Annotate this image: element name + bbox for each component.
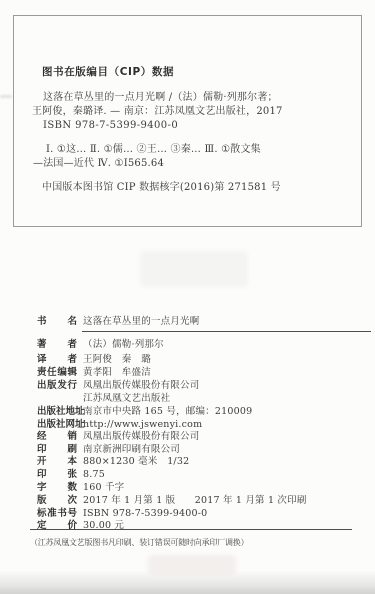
cip-description-line-2: 王阿俊，秦璐译. — 南京：江苏凤凰文艺出版社，2017	[32, 107, 283, 117]
colophon-row-value: 160 千字	[83, 483, 124, 494]
colophon-row-label: 出版社网址	[37, 420, 77, 431]
colophon-row: 字数160 千字	[37, 483, 124, 494]
colophon-row-value: 30.00 元	[83, 521, 124, 532]
colophon-row-value: 黄孝阳 牟盛洁	[83, 368, 151, 379]
colophon-row: 定价30.00 元	[37, 521, 124, 532]
colophon-row-label: 责任编辑	[37, 368, 77, 379]
colophon-row: 经销凤凰出版传媒股份有限公司	[37, 432, 199, 443]
colophon-row-value: 南京市中央路 165 号，邮编：210009	[83, 407, 252, 418]
colophon-row-value: （法）儒勒·列那尔	[83, 340, 164, 351]
colophon-row-value-continuation: 江苏凤凰文艺出版社	[83, 394, 170, 405]
cip-classification-line-2: —法国—近代 Ⅳ. ①I565.64	[33, 159, 164, 169]
colophon-row-value: 2017 年 1 月第 1 版 2017 年 1 月第 1 次印刷	[83, 496, 307, 507]
colophon-row-value: http://www.jswenyi.com	[83, 420, 202, 431]
colophon-row-label: 字数	[37, 483, 77, 494]
colophon-row-label: 开本	[37, 457, 77, 468]
colophon-row-label: 著者	[37, 340, 77, 351]
colophon-row: 译者王阿俊 秦 璐	[37, 355, 151, 366]
book-copyright-page: 图书在版编目（CIP）数据 这落在草丛里的一点月光啊 /（法）儒勒·列那尔著； …	[0, 0, 375, 594]
colophon-row-value: ISBN 978-7-5399-9400-0	[83, 509, 207, 520]
colophon-row-label: 印刷	[37, 445, 77, 456]
colophon-row: 标准书号ISBN 978-7-5399-9400-0	[37, 509, 207, 520]
cip-classification-line-1: Ⅰ. ①这… Ⅱ. ①儒… ②王… ③秦… Ⅲ. ①散文集	[46, 145, 261, 155]
colophon-row: 印张8.75	[37, 470, 105, 481]
colophon-row: 出版发行凤凰出版传媒股份有限公司	[37, 381, 199, 392]
colophon-row-label: 版次	[37, 496, 77, 507]
colophon-row-label: 标准书号	[37, 509, 77, 520]
colophon-row: 印刷南京新洲印刷有限公司	[37, 445, 180, 456]
colophon-row-label: 印张	[37, 470, 77, 481]
colophon-row-value: 这落在草丛里的一点月光啊	[83, 317, 199, 328]
colophon-row-label: 书名	[37, 317, 77, 328]
colophon-row-value: 南京新洲印刷有限公司	[83, 445, 180, 456]
colophon-row: 出版社网址http://www.jswenyi.com	[37, 420, 202, 431]
colophon-row: 版次2017 年 1 月第 1 版 2017 年 1 月第 1 次印刷	[37, 496, 307, 507]
colophon-row-label: 译者	[37, 355, 77, 366]
rule-under-title-row	[82, 331, 371, 332]
colophon-row: 开本880×1230 毫米 1/32	[37, 457, 189, 468]
colophon-row: 责任编辑黄孝阳 牟盛洁	[37, 368, 151, 379]
colophon-row-label: 经销	[37, 432, 77, 443]
colophon-row-label: 出版社地址	[37, 407, 77, 418]
colophon-row-value: 凤凰出版传媒股份有限公司	[83, 432, 199, 443]
cip-title: 图书在版编目（CIP）数据	[42, 67, 174, 78]
colophon-row-label: 出版发行	[37, 381, 77, 392]
colophon-row-value: 王阿俊 秦 璐	[83, 355, 151, 366]
cip-description-line-1: 这落在草丛里的一点月光啊 /（法）儒勒·列那尔著；	[43, 93, 278, 103]
page-bleedthrough-mark	[140, 251, 248, 287]
colophon-row-value: 880×1230 毫米 1/32	[83, 457, 189, 468]
cip-isbn-line: ISBN 978-7-5399-9400-0	[43, 121, 178, 131]
colophon-row: 出版社地址南京市中央路 165 号，邮编：210009	[37, 407, 252, 418]
colophon-row-value: 凤凰出版传媒股份有限公司	[83, 381, 199, 392]
colophon-row-value: 8.75	[83, 470, 105, 481]
page-edge-mark	[0, 95, 12, 98]
page-edge-shadow	[0, 570, 375, 594]
colophon-row: 著者（法）儒勒·列那尔	[37, 340, 164, 351]
cip-record-number-line: 中国版本图书馆 CIP 数据核字(2016)第 271581 号	[42, 183, 281, 193]
colophon-row-label: 定价	[37, 521, 77, 532]
printing-note: （江苏凤凰文艺版图书凡印刷、装订错误可随时向承印厂调换）	[30, 539, 248, 547]
colophon-row: 书名这落在草丛里的一点月光啊	[37, 317, 199, 328]
rule-under-price-row	[30, 529, 352, 530]
